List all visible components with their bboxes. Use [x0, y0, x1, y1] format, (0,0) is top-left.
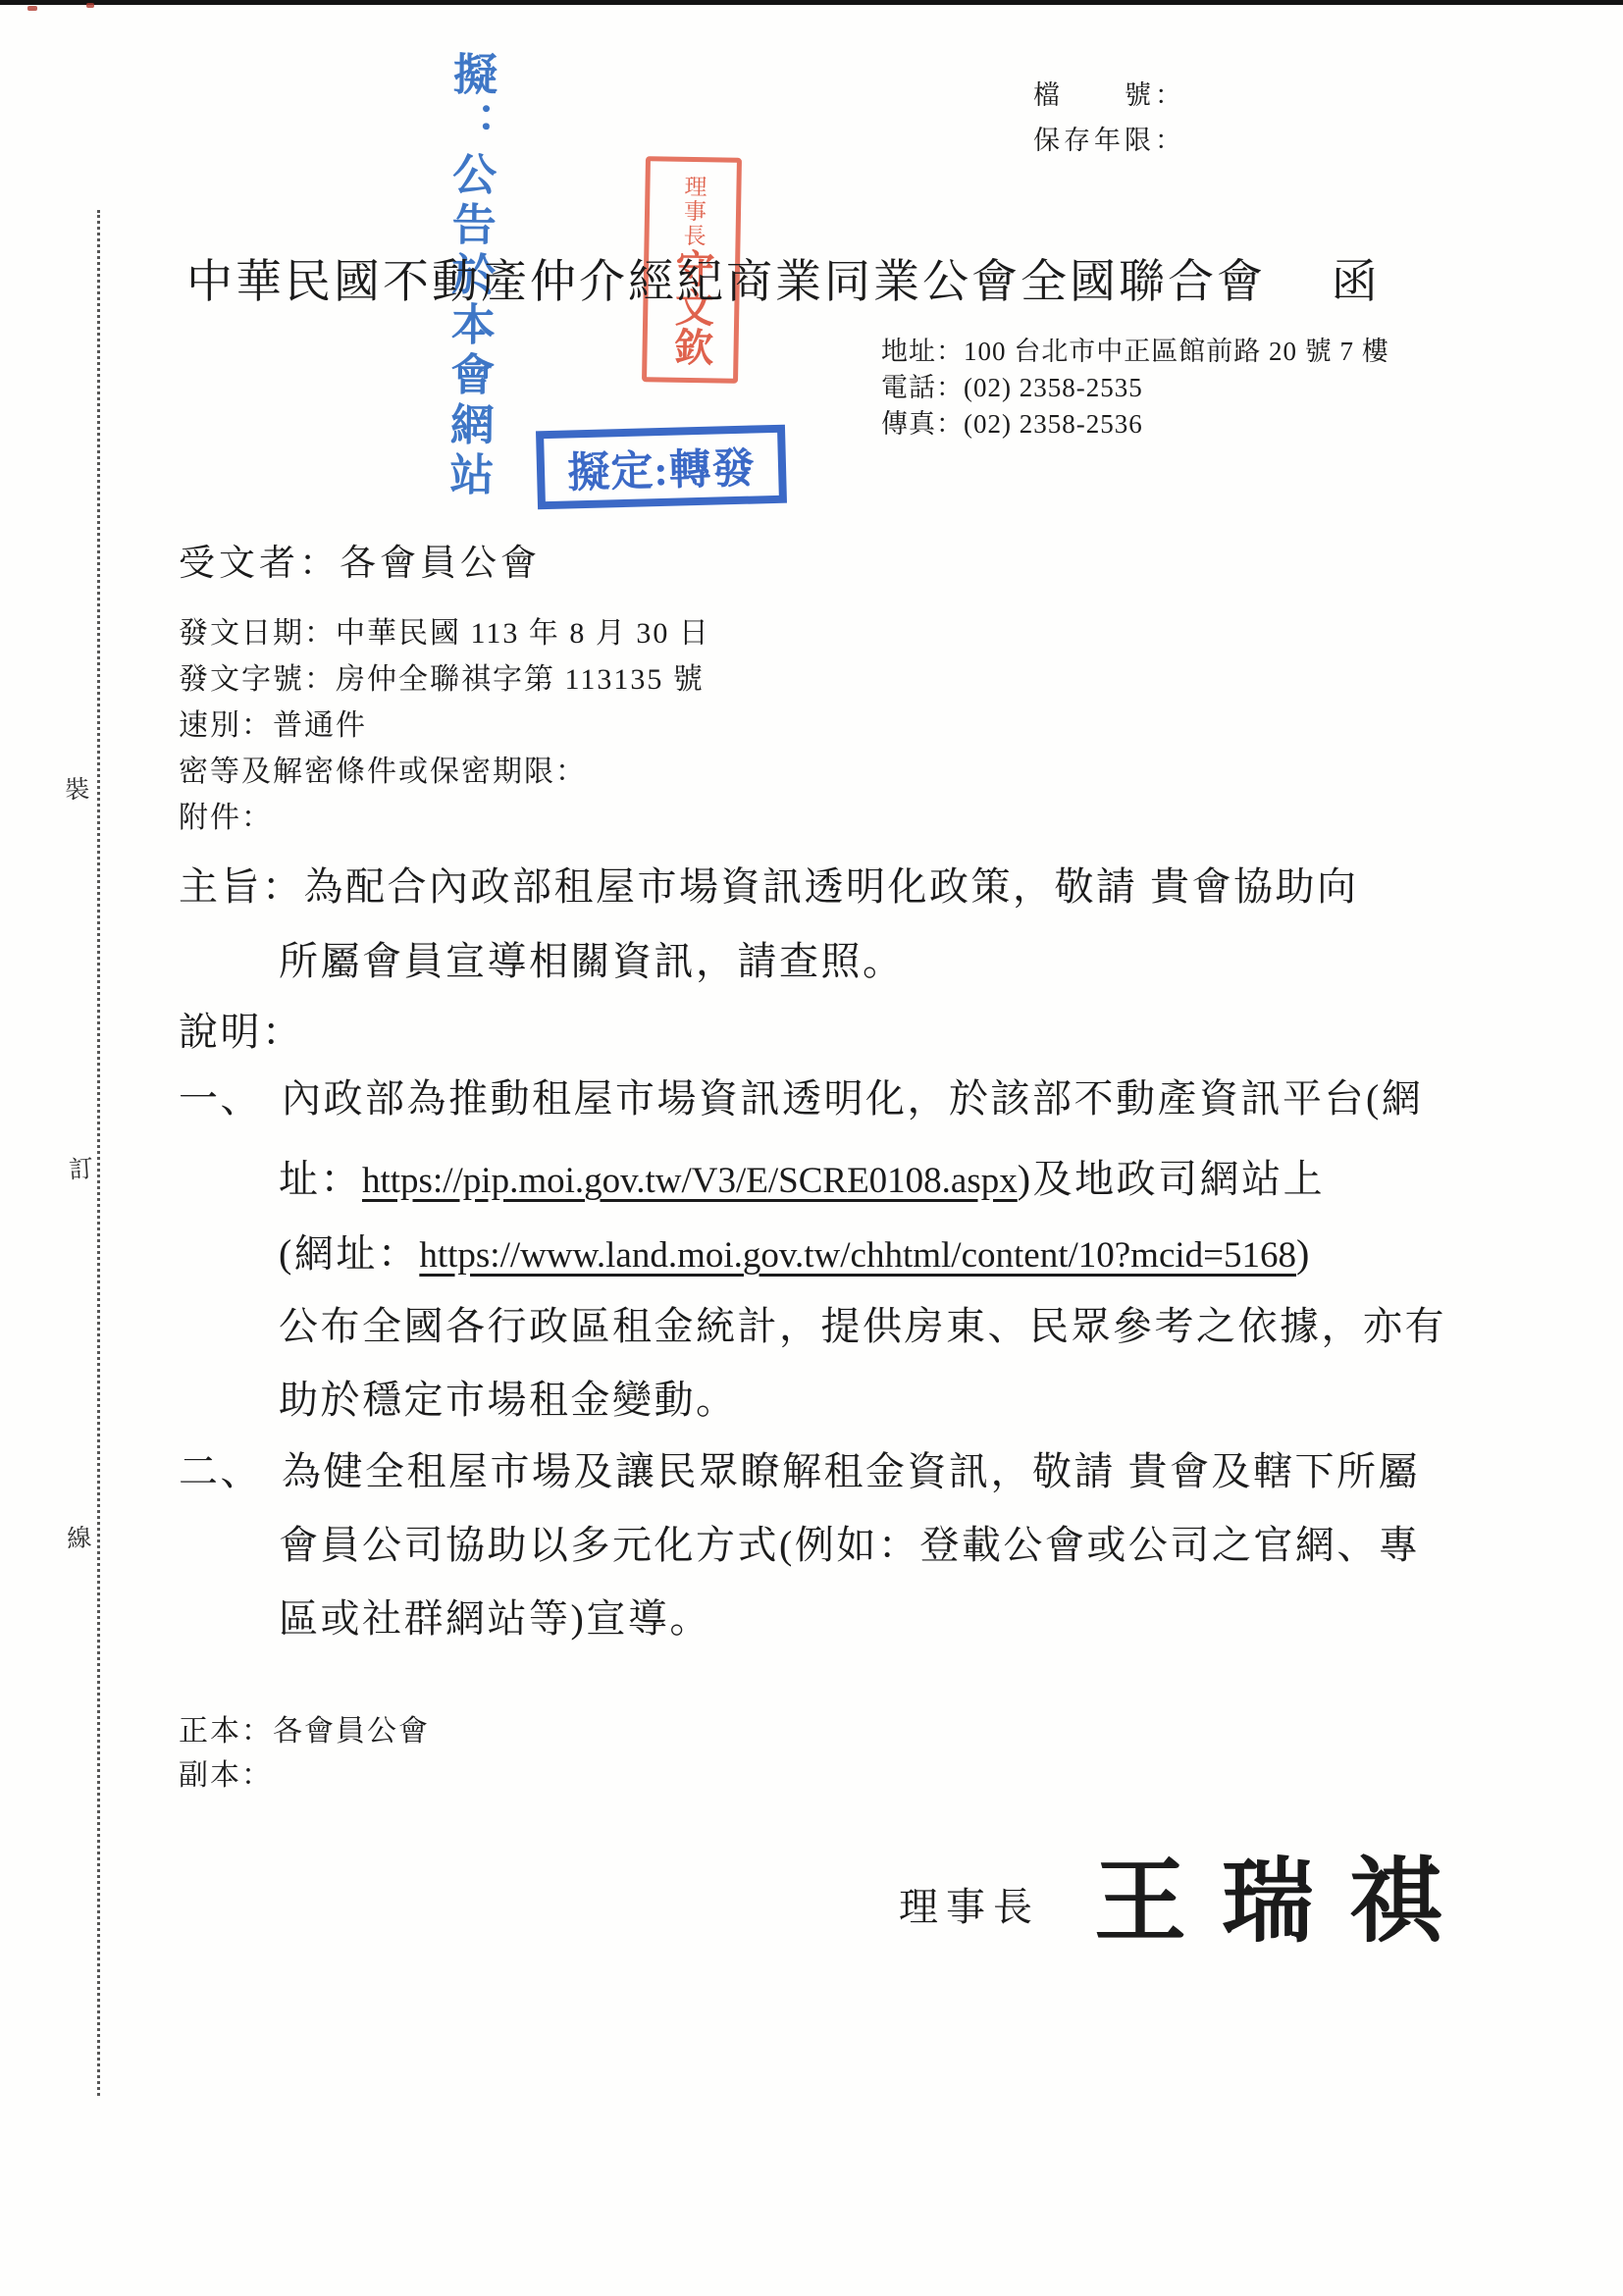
scan-edge-artifact: [0, 0, 1623, 5]
red-seal-title: 理事長: [680, 174, 706, 247]
scan-speck: [27, 6, 37, 11]
item2-number: 二、: [179, 1440, 262, 1496]
cc-line: 副本：: [179, 1753, 430, 1798]
document-title-row: 中華民國不動產仲介經紀商業同業公會全國聯合會 函: [186, 245, 1381, 311]
item2-line-2: 會員公司協助以多元化方式(例如：登載公會或公司之官網、專: [279, 1514, 1420, 1570]
document-meta-block: 發文日期：中華民國 113 年 8 月 30 日 發文字號：房仲全聯祺字第 11…: [179, 610, 710, 841]
subject-line-1: 主旨：為配合內政部租屋市場資訊透明化政策，敬請 貴會協助向: [179, 856, 1359, 912]
contact-block: 地址：100 台北市中正區館前路 20 號 7 樓 電話：(02) 2358-2…: [881, 334, 1389, 443]
item2-line-3: 區或社群網站等)宣導。: [279, 1588, 711, 1644]
item1-line-1: 一、內政部為推動租屋市場資訊透明化，於該部不動產資訊平台(網: [179, 1068, 1423, 1123]
issue-date-line: 發文日期：中華民國 113 年 8 月 30 日: [179, 610, 710, 656]
copies-block: 正本：各會員公會 副本：: [179, 1709, 430, 1798]
binding-dotted-line: [97, 210, 100, 2096]
scan-speck: [86, 3, 94, 8]
org-name: 中華民國不動產仲介經紀商業同業公會全國聯合會: [186, 257, 1266, 308]
item1-line-3: (網址：https://www.land.moi.gov.tw/chhtml/c…: [279, 1223, 1312, 1278]
item1-line-2: 址：https://pip.moi.gov.tw/V3/E/SCRE0108.a…: [279, 1148, 1325, 1204]
item1-line-4: 公布全國各行政區租金統計，提供房東、民眾參考之依據，亦有: [279, 1295, 1446, 1351]
original-copy-line: 正本：各會員公會: [179, 1709, 430, 1753]
address-line: 地址：100 台北市中正區館前路 20 號 7 樓: [881, 334, 1389, 370]
binding-char-xian: 線: [66, 1518, 92, 1555]
signature-name: 王瑞祺: [1094, 1827, 1477, 1959]
land-url-link[interactable]: https://www.land.moi.gov.tw/chhtml/conte…: [419, 1235, 1296, 1276]
phone-line: 電話：(02) 2358-2535: [881, 370, 1389, 406]
item1-line-5: 助於穩定市場租金變動。: [279, 1369, 738, 1425]
recipient-line: 受文者：各會員公會: [179, 533, 541, 586]
binding-char-zhuang: 裝: [64, 769, 90, 807]
signature-title: 理事長: [899, 1876, 1040, 1932]
doc-type: 函: [1332, 257, 1381, 308]
security-line: 密等及解密條件或保密期限：: [179, 749, 710, 795]
explanation-label: 說明：: [179, 1001, 304, 1057]
approval-blue-stamp: 擬定:轉發: [536, 425, 787, 510]
attachment-line: 附件：: [179, 795, 710, 841]
binding-char-ding: 訂: [68, 1149, 94, 1186]
item2-line-1: 二、為健全租屋市場及讓民眾瞭解租金資訊，敬請 貴會及轄下所屬: [179, 1440, 1420, 1496]
file-number-label: 檔 號：: [1033, 73, 1185, 118]
official-letter-page: 裝 訂 線 檔 號： 保存年限： 擬：公告於本會網站 理事長守文欽 中華民國不動…: [0, 0, 1623, 2296]
subject-label: 主旨：: [179, 864, 304, 909]
retention-label: 保存年限：: [1033, 118, 1185, 163]
fax-line: 傳真：(02) 2358-2536: [881, 406, 1389, 443]
subject-line-2: 所屬會員宣導相關資訊，請查照。: [279, 930, 905, 986]
file-number-block: 檔 號： 保存年限：: [1033, 73, 1185, 163]
doc-number-line: 發文字號：房仲全聯祺字第 113135 號: [179, 656, 710, 703]
item1-number: 一、: [179, 1068, 262, 1123]
speed-line: 速別：普通件: [179, 703, 710, 749]
pip-url-link[interactable]: https://pip.moi.gov.tw/V3/E/SCRE0108.asp…: [362, 1161, 1018, 1201]
